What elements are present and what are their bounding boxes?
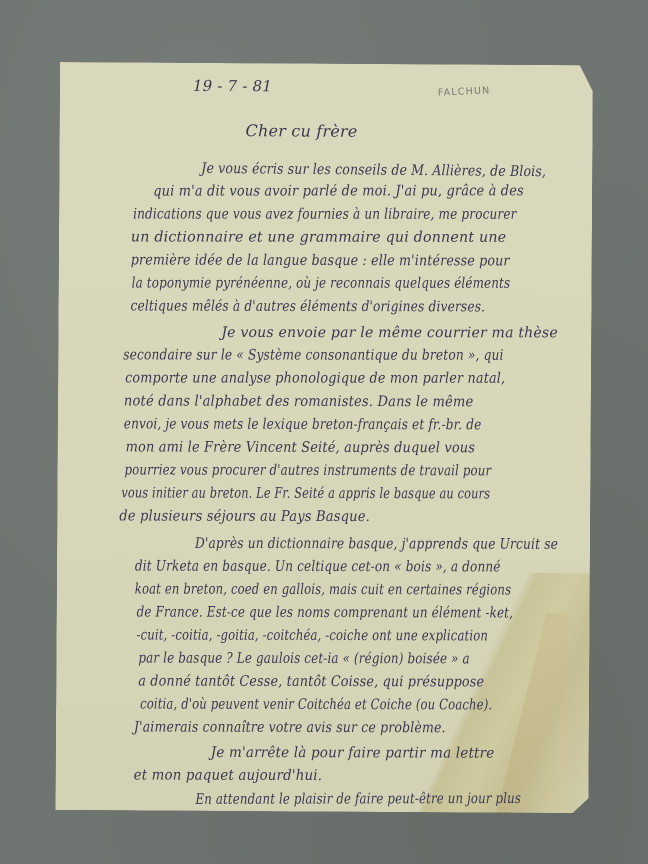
letter-line: et mon paquet aujourd'hui. [134,767,323,783]
letter-line: J'aimerais connaître votre avis sur ce p… [134,719,446,736]
letter-line: un dictionnaire et une grammaire qui don… [131,229,506,245]
letter-line: En attendant le plaisir de faire peut-êt… [195,791,521,808]
letter-page: 19 - 7 - 81 FALCHUN Cher cu frère Je vou… [55,62,593,813]
letter-line: Je vous envoie par le même courrier ma t… [221,325,558,341]
salutation: Cher cu frère [246,121,358,141]
letter-line: dit Urketa en basque. Un celtique cet-on… [135,558,501,575]
letter-line: Je vous écris sur les conseils de M. All… [201,161,546,180]
letter-line: indications que vous avez fournies à un … [133,206,517,222]
letter-date: 19 - 7 - 81 [193,77,272,95]
letter-line: pourriez vous procurer d'autres instrume… [124,462,491,479]
letter-line: qui m'a dit vous avoir parlé de moi. J'a… [153,183,524,199]
letter-line: secondaire sur le « Système consonantiqu… [123,347,503,363]
letter-line: envoi, je vous mets le lexique breton-fr… [124,416,482,433]
archive-stamp: FALCHUN [438,85,491,98]
letter-line: première idée de la langue basque : elle… [131,252,510,269]
letter-line: vous initier au breton. Le Fr. Seité a a… [121,485,490,502]
letter-line: koat en breton, coed en gallois, mais cu… [135,581,511,598]
letter-line: coitia, d'où peuvent venir Coitchéa et C… [140,697,492,714]
letter-line: de plusieurs séjours au Pays Basque. [119,508,370,525]
letter-line: celtiques mêlés à d'autres éléments d'or… [130,298,485,315]
letter-line: comporte une analyse phonologique de mon… [125,370,505,386]
letter-line: a donné tantôt Cesse, tantôt Coisse, qui… [138,673,484,690]
letter-line: noté dans l'alphabet des romanistes. Dan… [124,393,473,410]
letter-line: de France. Est-ce que les noms comprenan… [137,604,513,621]
letter-line: Je m'arrête là pour faire partir ma lett… [211,745,495,762]
letter-line: -cuit, -coitia, -goitia, -coitchéa, -coi… [136,627,488,644]
letter-line: la toponymie pyrénéenne, où je reconnais… [132,275,511,291]
letter-line: D'après un dictionnaire basque, j'appren… [195,536,558,553]
letter-line: mon ami le Frère Vincent Seité, auprès d… [126,439,475,456]
letter-line: par le basque ? Le gaulois cet-ia « (rég… [138,650,470,667]
